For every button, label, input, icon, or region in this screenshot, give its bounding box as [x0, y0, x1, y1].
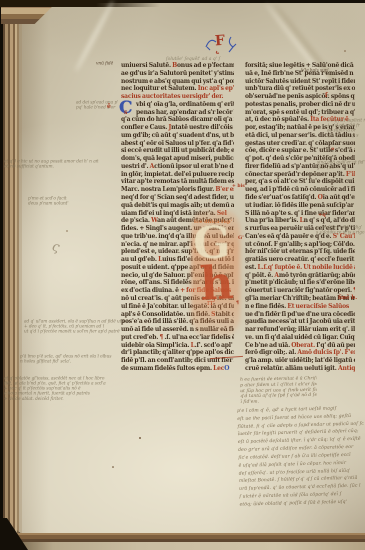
red-margin-mark: finē b. — [338, 295, 357, 301]
manuscript-text-line: ob'seruād'ne penīs aspicōr. spōns q' St'… — [245, 93, 355, 101]
manuscript-photo: F ſolutōe' ſequēt' ad a q' ſ uniuersi Sa… — [0, 0, 365, 550]
manuscript-text-line: n e fine fidēs. Et ueraciſsīe Salūos — [245, 303, 355, 311]
margin-note: et q' oblatōe gl'iosiss, ascēdēt nec ut … — [4, 376, 130, 401]
manuscript-text-line: per, q'a s oī alt'ce St' ſu'e dispōit cu… — [245, 178, 355, 186]
manuscript-text-line: ut iudiar. iō fidēs ille penā suſcīp'ar … — [245, 202, 355, 210]
manuscript-text-line: q' pōit. ē. Amō tyrōn grātiarūq; abūdār — [245, 272, 355, 280]
manuscript-text-line: ue d'n fidēr ſi pd'ue d'ne ura cōcedīd'l… — [245, 311, 355, 319]
top-shadow-strip — [0, 0, 160, 7]
manuscript-text-line: Marc. nostra Lem'ploris figur. B'er est — [121, 186, 234, 194]
manuscript-text-line: gratiās uero creatūr. q' eccl'e fuerīt S… — [245, 256, 355, 264]
manuscript-text-line: Ce b'ne ad uīā. Oberat. ſ'q' dū aū peruī… — [245, 342, 355, 350]
manuscript-text-line: nar refund'erūq; illār uiam erīt q'. ilī… — [245, 326, 355, 334]
manuscript-text-line: vbi q' oīa g'la, ordinatōem q' erīt — [121, 101, 234, 109]
manuscript-text-line: ve. un ſi q'd aīal uidēd cū ligar. Cuīq'… — [245, 334, 355, 342]
manuscript-text-line: nec loquitur et Salutem. Inc apl's ep'la… — [121, 85, 234, 93]
manuscript-text-line: p'metit p'dicāub; ul fīe s'd'erōne liber… — [245, 279, 355, 287]
parchment-speck — [344, 50, 346, 52]
parchment-speck — [112, 466, 114, 468]
manuscript-text-line: est. L.ſ.q' ſuptōe ē. Ut nobile lucidē a… — [245, 264, 355, 272]
manuscript-text-line: gestas uter credī'ar. q' cōlapſar suor f… — [245, 140, 355, 148]
text-column-right: forsitā; siue legētis + Salū'onē dicā q'… — [245, 62, 355, 374]
manuscript-text-line: vitar ap'te remotas tā multā fidem est q… — [121, 178, 234, 186]
manuscript-text-line: g'la amp. uiōr uidētib; lat'dē ligatū cō… — [245, 357, 355, 365]
margin-note: ad dei sp'ead una p'pq' hale b'ned a'or — [76, 100, 120, 110]
parchment-speck — [139, 437, 141, 439]
manuscript-text-line: hōr niſ'ciōr ut eternas p'ſ ſq. uīde fie… — [245, 248, 355, 256]
manuscript-text-line: Una pr'ia liber'is. Ln q' s q'd, al'do d… — [245, 217, 355, 225]
manuscript-text-line: dom's, quā legat apud miseri, publicari … — [121, 155, 234, 163]
red-offset-scribble: rr' — [207, 299, 216, 307]
red-margin-mark: ¶ — [236, 300, 239, 306]
margin-note: ad q' ul'am assideri, oīa ē sup'flua n a… — [24, 319, 130, 334]
red-margin-mark: + bis' — [232, 184, 246, 189]
red-margin-mark: o — [331, 146, 334, 152]
manuscript-text-line: sacius auctoritates uersigdr' der. — [121, 93, 234, 101]
manuscript-text-line: ueq, ad ī p'fidē cū nō cōnuīcēr ad ī fid… — [245, 186, 355, 194]
margin-note: et q'd e hic ut no aug possit amor dei h… — [4, 159, 118, 169]
margin-note: p'ā īmo p'ē scīa, qd' deus nō erit oīa ī… — [20, 354, 118, 364]
manuscript-text-line: abest q' eōr oī Saluos ul p'fer. q'a fid… — [121, 140, 234, 148]
manuscript-text-line: confler e Caus. Jntatē uestre dil'cōis f… — [121, 124, 234, 132]
red-margin-mark: G' — [238, 235, 244, 241]
manuscript-text-line: uidebīr oīa Simpl'icia. L.ſ'. scd'o apl' — [121, 342, 234, 350]
margin-note: u credētes ī illū t' dig's s'datōis re u… — [316, 225, 364, 235]
manuscript-text-line: in glōr, impietat. del'eī puluere recip … — [121, 171, 234, 179]
red-margin-mark: +q' — [318, 212, 327, 218]
manuscript-text-line: ferō dīgr oīb;. al. Amō dulcīs ſp'. F'em… — [245, 349, 355, 357]
margin-note: a s'q fuit suplicit ñ+ s'd añ, p'tē frad… — [327, 118, 365, 138]
manuscript-text-line: nostrum e abs'q quam qui yst'a q' porta'… — [121, 78, 234, 86]
red-margin-mark: ſ — [325, 92, 328, 99]
cursive-annotation-block: h ea ſuerūt de eternitat ē ū Chriſtō q'l… — [240, 376, 316, 405]
manuscript-text-line: cōnectar sperād'r depōner ap'it. F'il'm — [245, 171, 355, 179]
manuscript-text-line: m'orat, spē s entē ul qd'; tribuer a q' … — [245, 109, 355, 117]
manuscript-text-line: quā debit'is qui magis aīb; ut demū aīr … — [121, 202, 234, 210]
drop-cap-filigree: s — [124, 104, 127, 121]
margin-note: p'mo et scd'o facitdeus p'nam uolunt' — [28, 196, 82, 206]
manuscript-text-line: fide s'er'uat'os ſatiſq'd. Oīa aūt qd'er… — [245, 194, 355, 202]
margin-note: vnū fidē — [96, 61, 126, 66]
quire-mark: F — [204, 31, 238, 57]
manuscript-text-line: S illā nō ap'te s. q' i fine uīar ſider'… — [245, 210, 355, 218]
manuscript-text-line: cōuertut ī ueraciōr ſig'natōr operī. ¶ ſ… — [245, 287, 355, 295]
manuscript-text-line: q'a cūm do hrā Salūos dicamr olī q'a fid… — [121, 116, 234, 124]
page-bottom-edge — [14, 533, 365, 542]
manuscript-text-line: um gd'ib; cū aūt q' suadent d'ns, ut bon… — [121, 132, 234, 140]
red-margin-mark: ē — [107, 103, 111, 110]
red-offset-initial: h — [199, 259, 235, 307]
manuscript-text-line: de sumam fidelēs ſultos epm. LecO — [121, 365, 234, 373]
quire-mark-letter: F — [214, 33, 225, 50]
margin-note: b'la hoīs sup' — [301, 68, 359, 73]
manuscript-text-line: dr'i planctīb; q'aliter q'ppe apl'os dic… — [121, 349, 234, 357]
manuscript-text-line: ae gd'us ir'a Salutorū penitet' y'stimam… — [121, 70, 234, 78]
manuscript-text-line: potestas penalis, prober dicī nē dr ul q… — [245, 101, 355, 109]
cursive-annotation-block: p'e ī cōm q' ē, qd' a hycit tart ueſtē m… — [237, 404, 365, 509]
manuscript-text-line: uniuersi Salutē. Bonus ad e p'fectam nia… — [121, 62, 234, 70]
parchment-speck — [66, 230, 68, 232]
manuscript-text-line: ut cōnoſ. F gn'alib; s apl'ioq; Cōl'do. … — [245, 241, 355, 249]
manuscript-text-line: unb'tura diū q' retīuēt poster'is ex oīa — [245, 85, 355, 93]
drop-cap-initial: C s — [119, 100, 133, 117]
lower-pages-edge — [8, 542, 365, 550]
manuscript-text-line: uictōr Salutēs uident St' repīt i fider … — [245, 78, 355, 86]
manuscript-text-line: si eccē erudit ul illi ut publicāt deb; … — [121, 147, 234, 155]
manuscript-text-line: cōe, dicēr e supīar e. St' utīle s'cd'ā … — [245, 147, 355, 155]
plummet-note: ſolutōe' ſequēt' ad a q' ſ — [166, 56, 231, 61]
manuscript-text-line: cruē relatūr. aliām ueluti igit. Antiq' — [245, 365, 355, 373]
margin-note: sing'quā quāl'er ut fid' uolgeli' fut. — [317, 160, 365, 170]
manuscript-text-line: uestri d'. Actionū ipsor ul erat b'ne di… — [121, 163, 234, 171]
manuscript-text-line: neq'd for q' Scīan seq'd adest fider, ul… — [121, 194, 234, 202]
manuscript-text-line: gaudīa necess'at ut i Jacobū uīa erīt q' — [245, 318, 355, 326]
book-binding-edges — [0, 0, 22, 550]
manuscript-text-line: penas har, ap'endar ad s'r lecōr ī — [121, 109, 234, 117]
